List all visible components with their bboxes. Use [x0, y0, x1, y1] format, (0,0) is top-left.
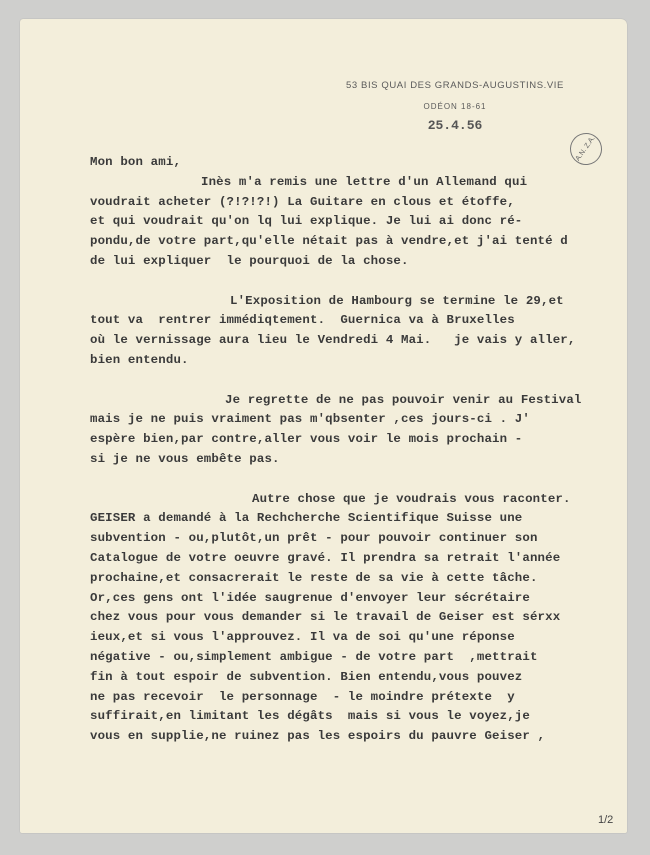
text-line: de lui expliquer le pourquoi de la chose…: [90, 252, 650, 272]
paragraph-3: Je regrette de ne pas pouvoir venir au F…: [90, 391, 650, 470]
text-line: chez vous pour vous demander si le trava…: [90, 608, 650, 628]
text-line: subvention - ou,plutôt,un prêt - pour po…: [90, 529, 650, 549]
letterhead-address: 53 BIS QUAI DES GRANDS-AUGUSTINS.VIE: [320, 80, 590, 91]
text-line: Je regrette de ne pas pouvoir venir au F…: [90, 391, 650, 411]
paragraph-gap: [90, 371, 650, 391]
paragraph-2: L'Exposition de Hambourg se termine le 2…: [90, 292, 650, 371]
text-line: tout va rentrer immédiqtement. Guernica …: [90, 311, 650, 331]
text-line: voudrait acheter (?!?!?!) La Guitare en …: [90, 193, 650, 213]
paragraph-gap: [90, 272, 650, 292]
text-line: si je ne vous embête pas.: [90, 450, 650, 470]
text-line: où le vernissage aura lieu le Vendredi 4…: [90, 331, 650, 351]
paragraph-gap: [90, 470, 650, 490]
text-line: GEISER a demandé à la Rechcherche Scient…: [90, 509, 650, 529]
text-line: suffirait,en limitant les dégâts mais si…: [90, 707, 650, 727]
text-line: prochaine,et consacrerait le reste de sa…: [90, 569, 650, 589]
text-line: ne pas recevoir le personnage - le moind…: [90, 688, 650, 708]
text-line: bien entendu.: [90, 351, 650, 371]
text-line: espère bien,par contre,aller vous voir l…: [90, 430, 650, 450]
text-line: Inès m'a remis une lettre d'un Allemand …: [90, 173, 650, 193]
letterhead-phone: ODÉON 18-61: [320, 102, 590, 111]
text-line: négative - ou,simplement ambigue - de vo…: [90, 648, 650, 668]
salutation: Mon bon ami,: [90, 153, 650, 173]
text-line: Autre chose que je voudrais vous raconte…: [90, 490, 650, 510]
page-number: 1/2: [598, 814, 613, 826]
text-line: Or,ces gens ont l'idée saugrenue d'envoy…: [90, 589, 650, 609]
paragraph-4: Autre chose que je voudrais vous raconte…: [90, 490, 650, 747]
letter-body: Mon bon ami, Inès m'a remis une lettre d…: [90, 153, 650, 747]
text-line: ieux,et si vous l'approuvez. Il va de so…: [90, 628, 650, 648]
text-line: pondu,de votre part,qu'elle nétait pas à…: [90, 232, 650, 252]
text-line: et qui voudrait qu'on lq lui explique. J…: [90, 212, 650, 232]
text-line: fin à tout espoir de subvention. Bien en…: [90, 668, 650, 688]
text-line: L'Exposition de Hambourg se termine le 2…: [90, 292, 650, 312]
text-line: vous en supplie,ne ruinez pas les espoir…: [90, 727, 650, 747]
letter-page: 53 BIS QUAI DES GRANDS-AUGUSTINS.VIE ODÉ…: [20, 19, 627, 833]
text-line: Catalogue de votre oeuvre gravé. Il pren…: [90, 549, 650, 569]
letter-date: 25.4.56: [320, 118, 590, 133]
paragraph-1: Inès m'a remis une lettre d'un Allemand …: [90, 173, 650, 272]
text-line: mais je ne puis vraiment pas m'qbsenter …: [90, 410, 650, 430]
